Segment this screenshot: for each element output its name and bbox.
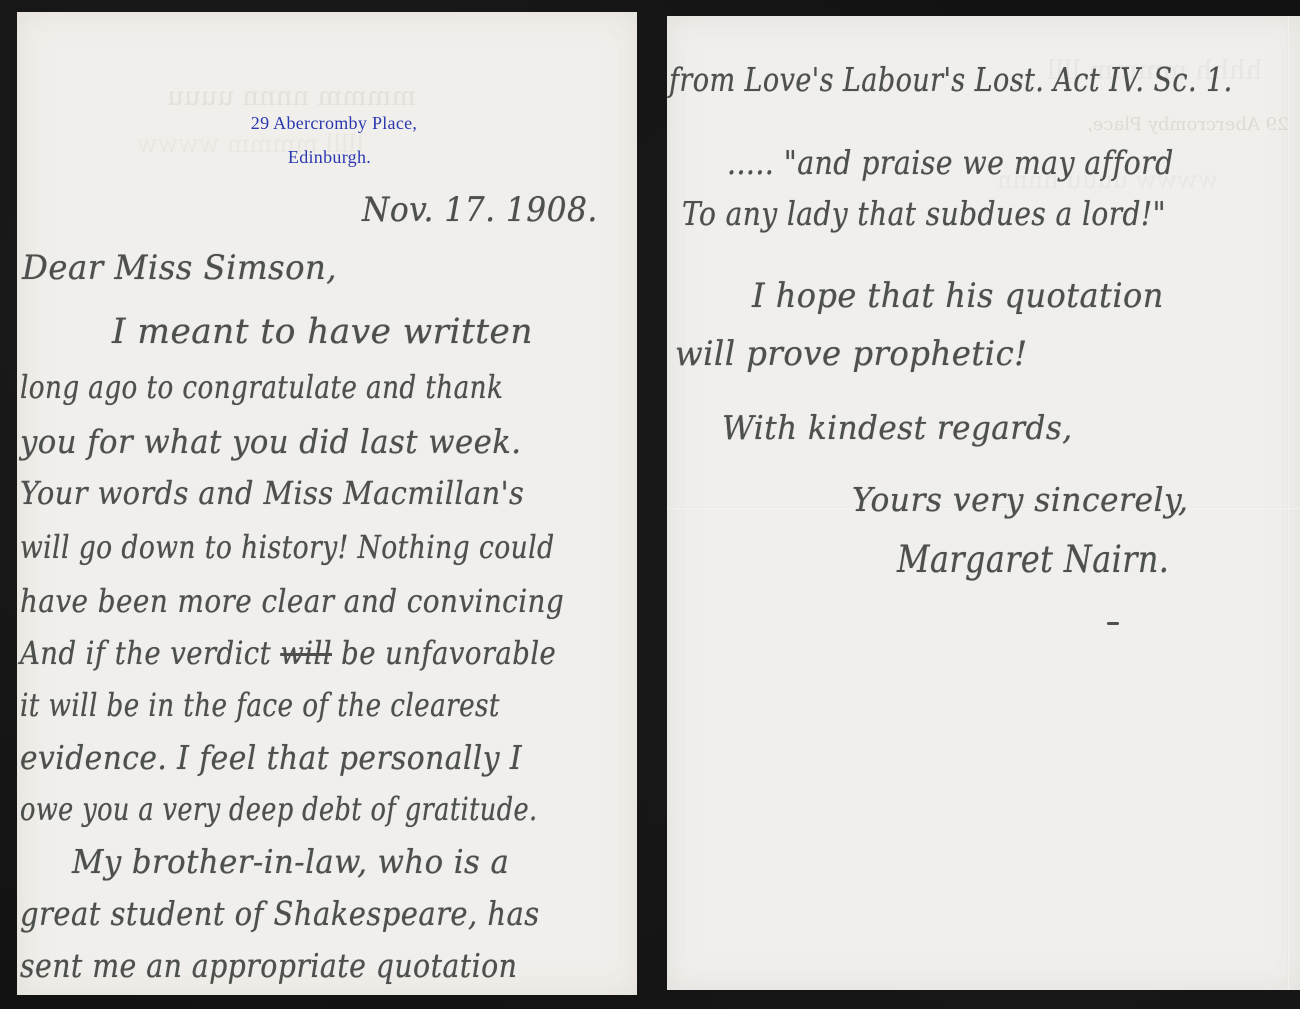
- letter-line: I hope that his quotation: [752, 276, 1164, 316]
- letter-line: it will be in the face of the clearest: [20, 686, 500, 724]
- letter-line: from Love's Labour's Lost. Act IV. Sc. 1…: [669, 60, 1233, 99]
- closing: With kindest regards,: [722, 408, 1073, 447]
- signature: Margaret Nairn.: [897, 538, 1169, 581]
- quotation-line: To any lady that subdues a lord!": [682, 194, 1166, 233]
- letter-line-part: be unfavorable: [341, 634, 556, 672]
- letter-line: will go down to history! Nothing could: [20, 528, 554, 566]
- salutation: Dear Miss Simson,: [22, 248, 337, 288]
- letter-line: My brother-in-law, who is a: [72, 842, 509, 881]
- letter-line: And if the verdict will be unfavorable: [20, 634, 556, 672]
- letter-line: will prove prophetic!: [675, 334, 1028, 374]
- letter-line: evidence. I feel that personally I: [20, 738, 522, 777]
- dash-mark: [1107, 622, 1119, 625]
- letter-line: you for what you did last week.: [20, 422, 522, 461]
- struck-out-word: will: [280, 634, 332, 672]
- letter-line: great student of Shakespeare, has: [20, 894, 540, 933]
- letter-page-1: mmmm nnnn uuuu lllll mmmm wwww 29 Abercr…: [17, 12, 637, 995]
- letter-line-part: And if the verdict: [20, 634, 271, 672]
- letter-line: long ago to congratulate and thank: [20, 368, 503, 406]
- quotation-line: ..... "and praise we may afford: [727, 143, 1174, 182]
- letter-line: Your words and Miss Macmillan's: [20, 474, 524, 512]
- letter-date: Nov. 17. 1908.: [362, 190, 598, 230]
- letter-line: have been more clear and convincing: [20, 582, 564, 620]
- closing: Yours very sincerely,: [852, 480, 1188, 519]
- letter-line: sent me an appropriate quotation: [20, 946, 517, 985]
- letter-line: owe you a very deep debt of gratitude.: [20, 790, 538, 828]
- fold-line: [1287, 16, 1289, 990]
- letterhead-address-line1: 29 Abercromby Place,: [209, 113, 459, 134]
- show-through-text: mmmm nnnn uuuu: [167, 82, 416, 112]
- show-through-text: 29 Abercromby Place,: [1087, 114, 1288, 135]
- letterhead-address-line2: Edinburgh.: [267, 147, 392, 168]
- letter-page-2: 29 Abercromby Place, hhhh mmmm llll wwww…: [667, 16, 1300, 990]
- letter-line: I meant to have written: [112, 312, 533, 352]
